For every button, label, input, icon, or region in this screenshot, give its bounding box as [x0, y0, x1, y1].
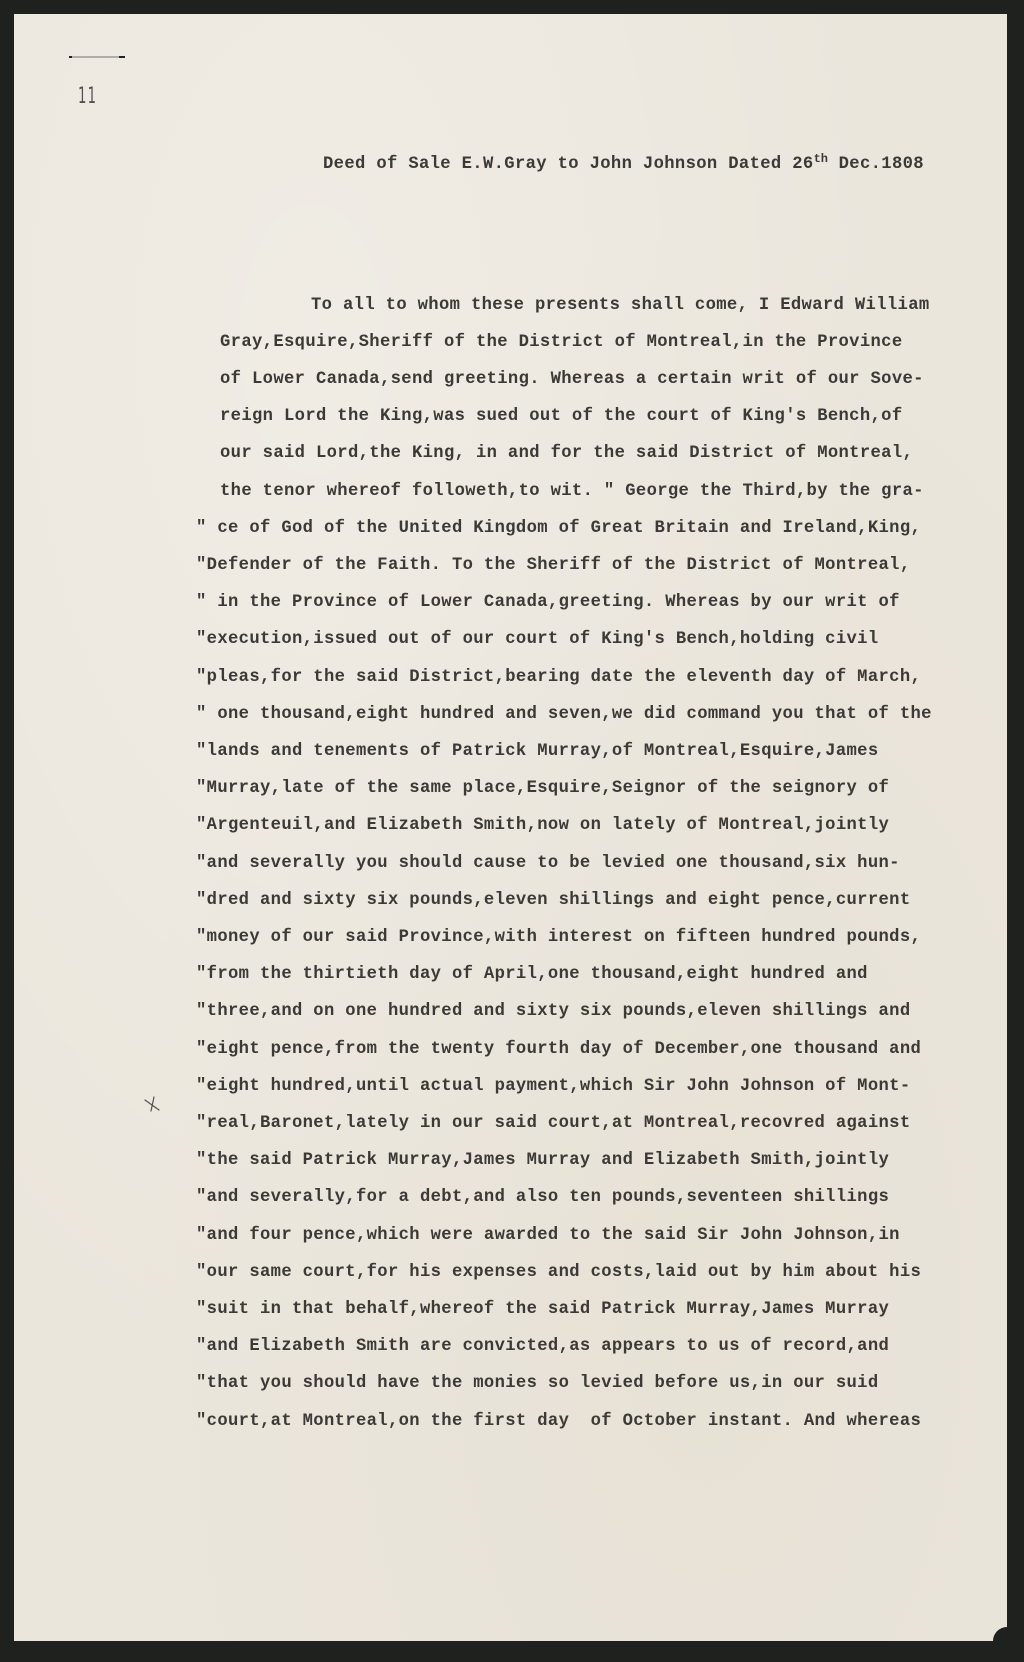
body-line: To all to whom these presents shall come… — [311, 297, 930, 314]
body-line: " in the Province of Lower Canada,greeti… — [196, 594, 900, 611]
body-line: "dred and sixty six pounds,eleven shilli… — [196, 892, 911, 909]
body-line: our said Lord,the King, in and for the s… — [220, 445, 913, 462]
title-prefix: Deed of Sale E.W.Gray to John Johnson Da… — [323, 155, 814, 174]
body-line: "real,Baronet,lately in our said court,a… — [196, 1115, 911, 1132]
body-line: "our same court,for his expenses and cos… — [196, 1264, 921, 1281]
body-line: "and severally,for a debt,and also ten p… — [196, 1189, 889, 1206]
body-line: the tenor whereof followeth,to wit. " Ge… — [220, 483, 924, 500]
body-line: reign Lord the King,was sued out of the … — [220, 408, 903, 425]
body-line: "that you should have the monies so levi… — [196, 1375, 879, 1392]
body-line: " ce of God of the United Kingdom of Gre… — [196, 520, 921, 537]
body-line: "pleas,for the said District,bearing dat… — [196, 669, 921, 686]
body-line: Gray,Esquire,Sheriff of the District of … — [220, 334, 903, 351]
margin-x-mark-icon — [142, 1094, 162, 1114]
title-superscript: th — [814, 152, 828, 166]
body-line: "and severally you should cause to be le… — [196, 855, 900, 872]
body-line: "Defender of the Faith. To the Sheriff o… — [196, 557, 911, 574]
body-line: "three,and on one hundred and sixty six … — [196, 1003, 911, 1020]
body-line: "execution,issued out of our court of Ki… — [196, 631, 879, 648]
body-line: "suit in that behalf,whereof the said Pa… — [196, 1301, 889, 1318]
body-line: " one thousand,eight hundred and seven,w… — [196, 706, 932, 723]
body-line: "from the thirtieth day of April,one tho… — [196, 966, 868, 983]
title-suffix: Dec.1808 — [828, 155, 924, 174]
body-line: "Argenteuil,and Elizabeth Smith,now on l… — [196, 817, 889, 834]
body-line: "money of our said Province,with interes… — [196, 929, 921, 946]
body-line: "court,at Montreal,on the first day of O… — [196, 1413, 921, 1430]
body-line: "and four pence,which were awarded to th… — [196, 1227, 900, 1244]
handwritten-page-number: 11 — [78, 84, 97, 109]
body-line: "eight pence,from the twenty fourth day … — [196, 1041, 921, 1058]
body-line: "and Elizabeth Smith are convicted,as ap… — [196, 1338, 889, 1355]
body-line: "Murray,late of the same place,Esquire,S… — [196, 780, 889, 797]
page-corner-curl — [993, 1627, 1007, 1641]
body-line: "the said Patrick Murray,James Murray an… — [196, 1152, 889, 1169]
body-line: of Lower Canada,send greeting. Whereas a… — [220, 371, 924, 388]
document-title: Deed of Sale E.W.Gray to John Johnson Da… — [323, 153, 924, 173]
body-line: "lands and tenements of Patrick Murray,o… — [196, 743, 879, 760]
body-line: "eight hundred,until actual payment,whic… — [196, 1078, 911, 1095]
document-page: 11 Deed of Sale E.W.Gray to John Johnson… — [14, 14, 1007, 1641]
margin-dash-mark — [69, 56, 125, 58]
